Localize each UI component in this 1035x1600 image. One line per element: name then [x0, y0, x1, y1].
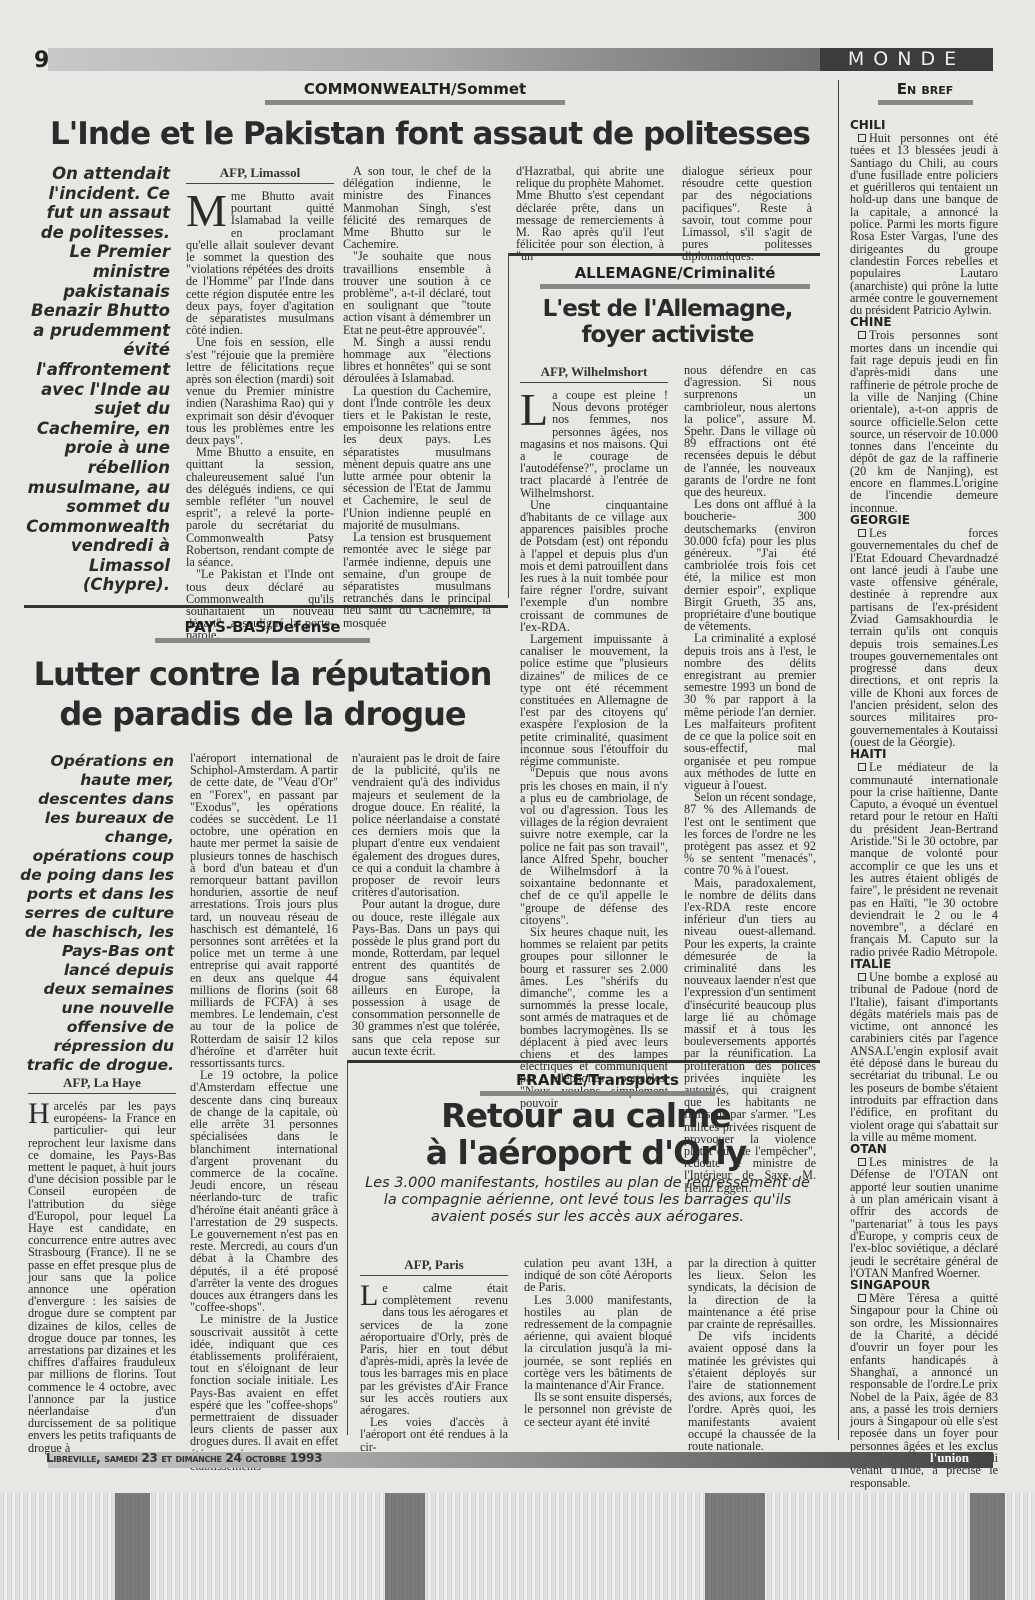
checkbox-bullet-icon [858, 763, 866, 771]
headline-line: L'est de l'Allemagne, [520, 296, 815, 322]
commonwealth-byline: AFP, Limassol [186, 165, 334, 184]
paragraph: Les dons ont afflué à la boucherie- 300 … [684, 498, 816, 632]
paragraph: Le ministre de la Justice souscrivait au… [190, 1313, 338, 1472]
en-bref-header: En bref [870, 80, 980, 105]
en-bref-list: CHILI Huit personnes ont été tuées et 13… [850, 119, 998, 1489]
commonwealth-col3: d'Hazratbal, qui abrite une relique du p… [516, 165, 664, 263]
paysbas-col1: AFP, La Haye H arcelés par les pays euro… [28, 1075, 176, 1454]
commonwealth-col2: A son tour, le chef de la délégation ind… [343, 165, 491, 629]
paragraph: Pour autant la drogue, dure ou douce, re… [352, 898, 500, 1057]
paragraph: par la direction à quitter les lieux. Se… [688, 1257, 816, 1330]
brief-item-haiti: HAITI Le médiateur de la communauté inte… [850, 748, 998, 958]
france-kicker-block: FRANCE/Transports [480, 1071, 715, 1096]
page-number: 9 [34, 48, 49, 73]
paysbas-byline: AFP, La Haye [28, 1075, 176, 1094]
paragraph: Largement impuissante à canaliser le mou… [520, 633, 668, 767]
checkbox-bullet-icon [858, 1294, 866, 1302]
headline-line: foyer activiste [520, 322, 815, 348]
brief-item-chine: CHINE Trois personnes sont mortes dans u… [850, 316, 998, 513]
footer-dateline: Libreville, samedi 23 et dimanche 24 oct… [46, 1451, 322, 1465]
brief-text: Huit personnes ont été tuées et 13 bless… [850, 131, 998, 317]
paragraph: nous défendre en cas d'agression. Si nou… [684, 364, 816, 498]
france-byline: AFP, Paris [360, 1257, 508, 1276]
brief-text: Les forces gouvernementales du chef de l… [850, 526, 998, 749]
brief-item-chili: CHILI Huit personnes ont été tuées et 13… [850, 119, 998, 316]
paragraph: La question du Cachemire, dont l'Inde co… [343, 385, 491, 531]
commonwealth-col1: AFP, Limassol M me Bhutto avait pourtant… [186, 165, 334, 642]
paysbas-chapo: Opérations en haute mer, descentes dans … [18, 752, 174, 1075]
dropcap: L [520, 391, 548, 429]
paragraph: Le 19 octobre, la police d'Amsterdam eff… [190, 1069, 338, 1313]
paragraph: Les voies d'accès à l'aéroport ont été r… [360, 1416, 508, 1453]
scan-artifact-bar [970, 1493, 1005, 1600]
paragraph: M. Singh a aussi rendu hommage aux "élec… [343, 336, 491, 385]
paragraph: Mme Bhutto a ensuite, en quittant la ses… [186, 446, 334, 568]
commonwealth-kicker-block: COMMONWEALTH/Sommet [260, 80, 570, 105]
france-col2: culation peu avant 13H, a indiqué de son… [524, 1257, 672, 1428]
france-kicker: FRANCE/Transports [480, 1071, 715, 1089]
brief-item-georgie: GEORGIE Les forces gouvernementales du c… [850, 514, 998, 748]
paysbas-headline: Lutter contre la réputation de paradis d… [20, 654, 505, 734]
paragraph: La criminalité a explosé depuis trois an… [684, 632, 816, 791]
paysbas-col3: n'auraient pas le droit de faire de la p… [352, 752, 500, 1057]
paragraph: e calme était complètement revenu dans t… [360, 1282, 508, 1416]
paragraph: "Je souhaite que nous travaillions ensem… [343, 250, 491, 335]
headline-line: de paradis de la drogue [20, 694, 505, 734]
allemagne-col1: AFP, Wilhelmshort L a coupe est pleine !… [520, 364, 668, 1109]
checkbox-bullet-icon [858, 529, 866, 537]
scan-artifact-bar [115, 1493, 150, 1600]
france-chapo: Les 3.000 manifestants, hostiles au plan… [360, 1175, 815, 1226]
paragraph: "Depuis que nous avons pris les choses e… [520, 767, 668, 926]
allemagne-left-rule [508, 253, 509, 598]
allemagne-top-rule [508, 253, 820, 256]
newspaper-page: 9 MONDE COMMONWEALTH/Sommet L'Inde et le… [0, 0, 1035, 1493]
france-col1: AFP, Paris L e calme était complètement … [360, 1257, 508, 1453]
brief-text: Le médiateur de la communauté internatio… [850, 760, 998, 958]
commonwealth-kicker: COMMONWEALTH/Sommet [260, 80, 570, 98]
section-label: MONDE [820, 48, 993, 71]
paragraph: Les 3.000 manifestants, hostiles au plan… [524, 1294, 672, 1392]
checkbox-bullet-icon [858, 331, 866, 339]
paysbas-top-rule [24, 605, 508, 608]
france-headline: Retour au calme à l'aéroport d'Orly [352, 1097, 820, 1171]
allemagne-kicker: ALLEMAGNE/Criminalité [540, 264, 810, 282]
paysbas-kicker-block: PAYS-BAS/Defense [155, 618, 370, 643]
paragraph: arcelés par les pays européens- la Franc… [28, 1100, 176, 1454]
dropcap: L [360, 1284, 378, 1308]
allemagne-headline: L'est de l'Allemagne, foyer activiste [520, 296, 815, 348]
en-bref-title: En bref [870, 80, 980, 98]
scan-artifact-bar [385, 1493, 425, 1600]
commonwealth-col4: dialogue sérieux pour résoudre cette que… [682, 165, 812, 263]
headline-line: Retour au calme [352, 1097, 820, 1134]
brief-text: Trois personnes sont mortes dans un ince… [850, 328, 998, 514]
kicker-underline [878, 100, 973, 105]
scan-artifact-strip [0, 1493, 1035, 1600]
paragraph: De vifs incidents avaient opposé dans la… [688, 1330, 816, 1452]
paragraph: Une cinquantaine d'habitants de ce villa… [520, 499, 668, 633]
newspaper-logo: l'union [930, 1450, 969, 1466]
paysbas-kicker: PAYS-BAS/Defense [155, 618, 370, 636]
paragraph: n'auraient pas le droit de faire de la p… [352, 752, 500, 898]
allemagne-byline: AFP, Wilhelmshort [520, 364, 668, 383]
paragraph: Selon un récent sondage, 87 % des Allema… [684, 791, 816, 876]
brief-text: Une bombe a explosé au tribunal de Padou… [850, 970, 998, 1144]
kicker-underline [155, 638, 370, 643]
paragraph: Une fois en session, elle s'est "réjouie… [186, 336, 334, 446]
allemagne-col2: nous défendre en cas d'agression. Si nou… [684, 364, 816, 1194]
brief-item-italie: ITALIE Une bombe a explosé au tribunal d… [850, 958, 998, 1143]
paragraph: Ils se sont ensuite dispersés, le person… [524, 1391, 672, 1428]
dropcap: H [28, 1102, 50, 1126]
checkbox-bullet-icon [858, 134, 866, 142]
commonwealth-headline: L'Inde et le Pakistan font assaut de pol… [50, 114, 810, 154]
france-col3: par la direction à quitter les lieux. Se… [688, 1257, 816, 1452]
kicker-underline [265, 100, 565, 105]
paragraph: A son tour, le chef de la délégation ind… [343, 165, 491, 250]
paragraph: dialogue sérieux pour résoudre cette que… [682, 165, 812, 263]
en-bref-divider [838, 80, 839, 1440]
brief-text: Les ministres de la Défense de l'OTAN on… [850, 1155, 998, 1280]
france-left-rule [347, 1060, 348, 1435]
scan-artifact-bar [705, 1493, 765, 1600]
allemagne-kicker-block: ALLEMAGNE/Criminalité [540, 264, 810, 289]
checkbox-bullet-icon [858, 1158, 866, 1166]
paragraph: La tension est brusquement remontée avec… [343, 531, 491, 629]
brief-item-otan: OTAN Les ministres de la Défense de l'OT… [850, 1143, 998, 1279]
paragraph: d'Hazratbal, qui abrite une relique du p… [516, 165, 664, 263]
paragraph: culation peu avant 13H, a indiqué de son… [524, 1257, 672, 1294]
checkbox-bullet-icon [858, 973, 866, 981]
france-top-rule [347, 1060, 820, 1063]
kicker-underline [540, 284, 810, 289]
dropcap: M [186, 192, 227, 230]
headline-line: Lutter contre la réputation [20, 654, 505, 694]
commonwealth-chapo: On attendait l'incident. Ce fut un assau… [18, 164, 170, 595]
paysbas-col2: l'aéroport international de Schiphol-Ams… [190, 752, 338, 1472]
headline-line: à l'aéroport d'Orly [352, 1134, 820, 1171]
paragraph: l'aéroport international de Schiphol-Ams… [190, 752, 338, 1069]
